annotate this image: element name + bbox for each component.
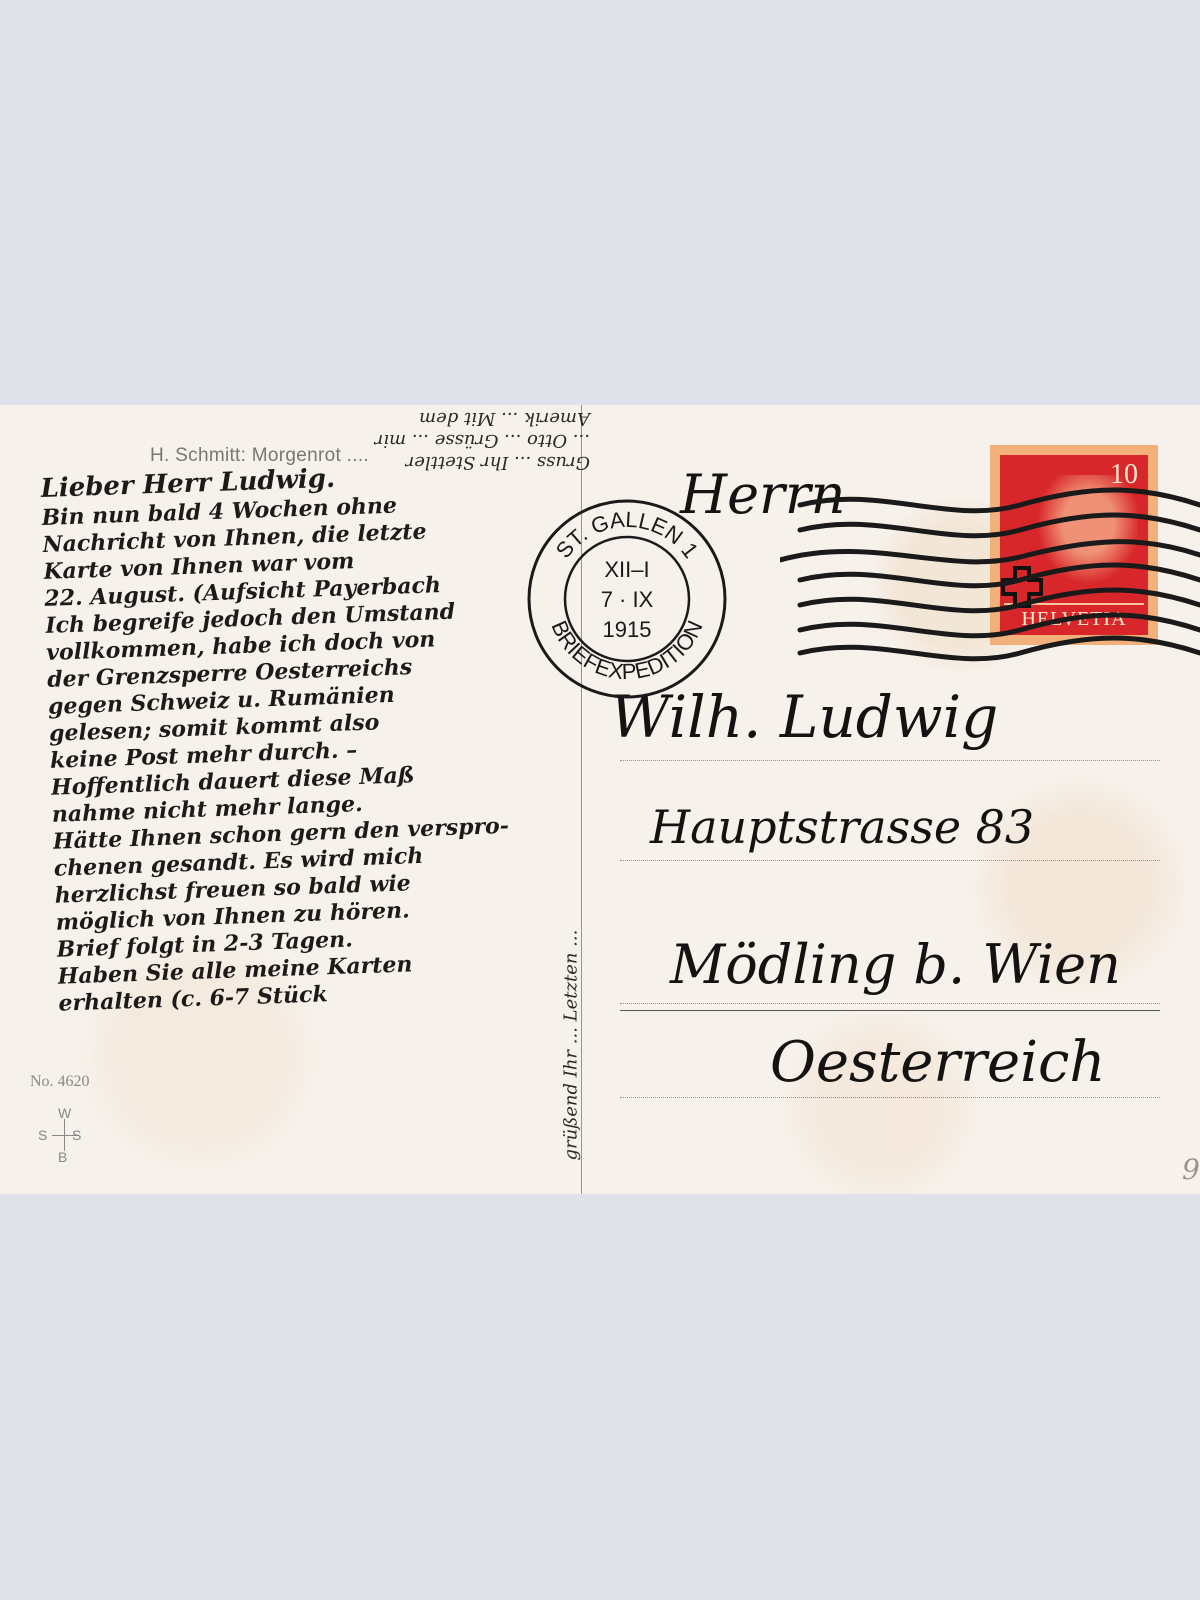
address-city: Mödling b. Wien [670,933,1121,996]
address-street: Hauptstrasse 83 [650,800,1034,854]
compass-bottom: B [58,1149,67,1165]
address-rule [620,1097,1160,1098]
address-rule [620,860,1160,861]
circular-postmark: ST. GALLEN 1 BRIEFEXPEDITION XII–I 7 · I… [525,497,730,702]
pencil-mark: 9 [1182,1153,1200,1186]
postcard: Gruss ... Ihr Stettler ... Otto ... Grüs… [0,405,1200,1194]
compass-horizontal [52,1135,78,1136]
compass-left: S [38,1127,47,1143]
compass-mark: W S S B [38,1105,88,1165]
upside-line: Amerik ... Mit dem [30,407,590,429]
wavy-cancellation [780,475,1200,685]
address-rule [620,1003,1160,1004]
address-underline [620,1010,1160,1011]
address-country: Oesterreich [770,1030,1105,1095]
postmark-year: 1915 [603,617,652,642]
postmark-date: 7 · IX [601,587,654,612]
address-rule [620,760,1160,761]
postmark-time: XII–I [604,557,649,582]
printed-number: No. 4620 [30,1073,90,1091]
handwritten-message: Lieber Herr Ludwig. Bin nun bald 4 Woche… [40,454,599,1018]
